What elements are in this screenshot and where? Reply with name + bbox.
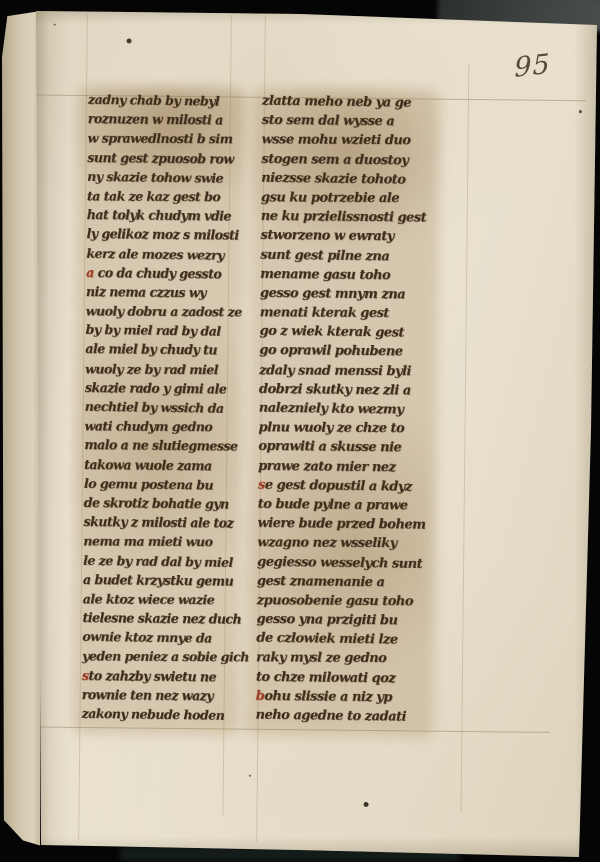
manuscript-text-line: gesso yna przigiti bu — [256, 610, 428, 631]
manuscript-text-line: lo gemu postena bu — [84, 473, 238, 494]
manuscript-text-line: stworzeno w ewraty — [260, 226, 432, 247]
manuscript-text-line: nema ma mieti wuo — [83, 532, 237, 552]
manuscript-text-line: to chze milowati qoz — [256, 667, 428, 688]
manuscript-text-line: sunt gest pilne zna — [260, 245, 432, 267]
manuscript-text-line: gest znamenanie a — [257, 572, 429, 593]
manuscript-text-line: hat tolyk chudym vdie — [87, 205, 241, 226]
manuscript-text-line: skutky z milosti ale toz — [83, 512, 237, 533]
manuscript-text-line: wzagno nez wsseliky — [257, 534, 429, 554]
manuscript-text-line: niz nema czzus wy — [86, 282, 240, 303]
manuscript-text-line: ownie ktoz mnye da — [82, 627, 236, 648]
rubricated-initial: b — [256, 689, 265, 704]
ink-speck — [249, 775, 251, 777]
manuscript-text-line: raky mysl ze gedno — [256, 649, 428, 669]
ruling-line-right-margin — [461, 64, 470, 812]
manuscript-text-line: bohu slissie a niz yp — [256, 687, 428, 708]
manuscript-text-line: de czlowiek mieti lze — [256, 629, 428, 651]
manuscript-text-line: roznuzen w milosti a — [88, 109, 242, 130]
manuscript-text-line: yeden peniez a sobie gich — [82, 647, 236, 667]
manuscript-text-line: skazie rado y gimi ale — [85, 378, 239, 399]
manuscript-text-line: gsu ku potrzebie ale — [261, 188, 433, 208]
manuscript-text-line: stogen sem a duostoy — [261, 149, 433, 170]
written-surface: 95 zadny chab by nebylroznuzen w milosti… — [0, 0, 600, 862]
manuscript-text-line: zadny chab by nebyl — [88, 90, 242, 111]
manuscript-text-line: de skrotiz bohatie gyn — [84, 493, 238, 514]
folio-number: 95 — [514, 51, 550, 82]
manuscript-text-line: se gest dopustil a kdyz — [258, 475, 430, 497]
manuscript-text-line: wati chudym gedno — [84, 417, 238, 437]
text-column-right: zlatta meho neb ya gesto sem dal wysse a… — [255, 92, 434, 727]
manuscript-text-line: go oprawil pohubene — [259, 341, 431, 362]
rubricated-initial: s — [258, 477, 265, 492]
manuscript-photo: 95 zadny chab by nebylroznuzen w milosti… — [0, 0, 600, 862]
manuscript-text-line: plnu wuoly ze chze to — [258, 418, 430, 438]
manuscript-text-line: rownie ten nez wazy — [82, 685, 236, 706]
manuscript-text-line: zpuosobenie gasu toho — [257, 591, 429, 611]
manuscript-text-line: prawe zato mier nez — [258, 456, 430, 477]
manuscript-text-line: kerz ale mozes wezry — [86, 243, 240, 264]
manuscript-text-line: zlatta meho neb ya ge — [262, 92, 434, 114]
manuscript-text-line: nechtiel by wssich da — [85, 397, 239, 418]
manuscript-text-line: go z wiek kterak gest — [259, 322, 431, 344]
manuscript-text-line: gegiesso wesselych sunt — [257, 552, 429, 574]
manuscript-text-line: wuoly dobru a zadost ze — [86, 301, 240, 321]
manuscript-text-line: ly gelikoz moz s milosti — [86, 224, 240, 245]
rubricated-initial: s — [82, 668, 89, 683]
manuscript-text-line: sto zahzby swietu ne — [82, 666, 236, 687]
manuscript-text-line: zakony nebude hoden — [81, 704, 235, 725]
manuscript-text-line: sto sem dal wysse a — [262, 111, 434, 132]
manuscript-text-line: takowa wuole zama — [84, 455, 238, 476]
manuscript-text-line: nalezniely kto wezmy — [259, 399, 431, 421]
wormhole — [364, 802, 369, 807]
manuscript-text-line: ta tak ze kaz gest bo — [87, 186, 241, 206]
pinhole — [127, 38, 132, 43]
ink-speck — [54, 24, 56, 26]
manuscript-text-line: niezsse skazie tohoto — [261, 168, 433, 190]
manuscript-text-line: ny skazie tohow swie — [87, 166, 241, 187]
adjacent-page-edge — [2, 6, 40, 854]
manuscript-text-line: wsse mohu wzieti duo — [261, 131, 433, 151]
manuscript-text-line: by by miel rad by dal — [85, 320, 239, 341]
manuscript-text-line: ale miel by chudy tu — [85, 339, 239, 360]
manuscript-text-line: wiere bude przed bohem — [257, 514, 429, 535]
manuscript-text-line: oprawiti a skusse nie — [258, 437, 430, 458]
manuscript-text-line: gesso gest mnym zna — [260, 284, 432, 305]
manuscript-text-line: neho agedne to zadati — [255, 706, 427, 728]
manuscript-text-line: menati kterak gest — [260, 303, 432, 323]
text-column-left: zadny chab by nebylroznuzen w milosti aw… — [81, 90, 242, 725]
manuscript-text-line: w sprawedlnosti b sim — [87, 129, 241, 149]
manuscript-text-line: to bude pylne a prawe — [258, 495, 430, 516]
manuscript-text-line: ale ktoz wiece wazie — [83, 589, 237, 609]
parchment-page: 95 zadny chab by nebylroznuzen w milosti… — [0, 0, 600, 862]
manuscript-text-line: dobrzi skutky nez zli a — [259, 380, 431, 401]
manuscript-text-line: wuoly ze by rad miel — [85, 359, 239, 379]
ink-speck — [579, 110, 582, 113]
manuscript-text-line: sunt gest zpuosob row — [87, 148, 241, 169]
manuscript-text-line: malo a ne slutiegmesse — [84, 435, 238, 456]
manuscript-text-line: a budet krzystku gemu — [83, 570, 237, 591]
manuscript-text-line: tielesne skazie nez duch — [82, 608, 236, 629]
rubricated-initial: a — [86, 265, 94, 280]
manuscript-text-line: zdaly snad menssi byli — [259, 361, 431, 381]
manuscript-text-line: le ze by rad dal by miel — [83, 550, 237, 571]
manuscript-text-line: a co da chudy gessto — [86, 263, 240, 284]
manuscript-text-line: mename gasu toho — [260, 265, 432, 286]
manuscript-text-line: ne ku przielissnosti gest — [261, 207, 433, 228]
